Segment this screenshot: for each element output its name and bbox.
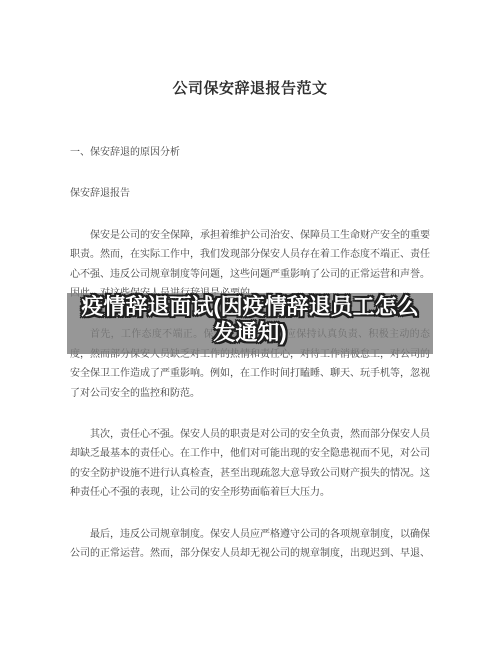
watermark-banner: 疫情辞退面试(因疫情辞退员工怎么 发通知) — [67, 293, 433, 354]
document-title: 公司保安辞退报告范文 — [0, 77, 500, 98]
paragraph-4: 最后，违反公司规章制度。保安人员应严格遵守公司的各项规章制度，以确保公司的正常运… — [70, 525, 430, 564]
paragraph-3: 其次，责任心不强。保安人员的职责是对公司的安全负责，然而部分保安人员却缺乏最基本… — [70, 425, 430, 503]
paragraph-1: 保安是公司的安全保障，承担着维护公司治安、保障员工生命财产安全的重要职责。然而，… — [70, 226, 430, 304]
watermark-text-line-1: 疫情辞退面试(因疫情辞退员工怎么 — [67, 294, 433, 320]
section-heading: 一、保安辞退的原因分析 — [70, 143, 430, 162]
document-body: 一、保安辞退的原因分析 保安辞退报告 保安是公司的安全保障，承担着维护公司治安、… — [70, 143, 430, 586]
document-page: 公司保安辞退报告范文 一、保安辞退的原因分析 保安辞退报告 保安是公司的安全保障… — [0, 0, 500, 647]
report-subtitle: 保安辞退报告 — [70, 184, 430, 203]
watermark-text-line-2: 发通知) — [67, 320, 433, 346]
